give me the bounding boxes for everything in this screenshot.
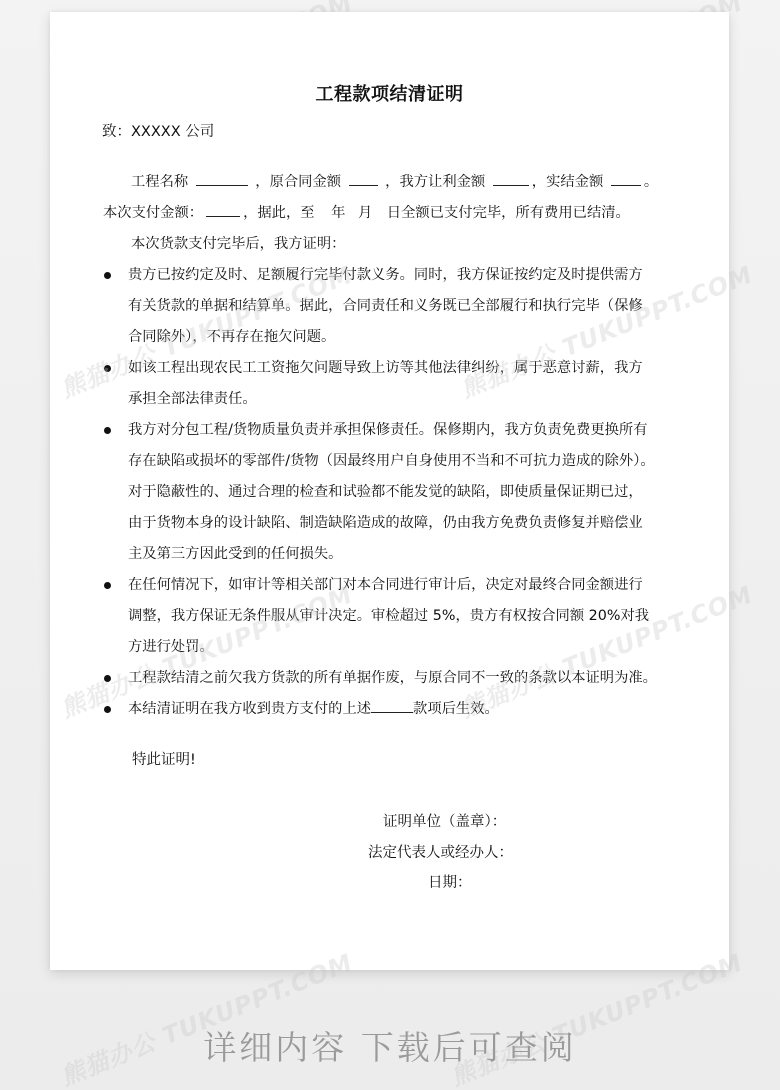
bullet-icon: [104, 272, 111, 279]
bullet-icon: [104, 706, 111, 713]
list-item: 在任何情况下，如审计等相关部门对本合同进行审计后，决定对最终合同金额进行 调整，…: [103, 570, 678, 663]
blank-field: [196, 171, 248, 186]
blank-field: [611, 171, 641, 186]
document-title: 工程款项结清证明: [50, 80, 729, 106]
list-item: 贵方已按约定及时、足额履行完毕付款义务。同时，我方保证按约定及时提供需方 有关货…: [103, 260, 678, 353]
addressee: 致：XXXXX 公司: [102, 120, 214, 141]
list-item: 工程款结清之前欠我方货款的所有单据作废，与原合同不一致的条款以本证明为准。: [103, 663, 678, 694]
signature-representative: 法定代表人或经办人：: [368, 841, 513, 862]
bullet-icon: [104, 582, 111, 589]
bullet-icon: [104, 675, 111, 682]
list-item: 如该工程出现农民工工资拖欠问题导致上访等其他法律纠纷，属于恶意讨薪，我方 承担全…: [103, 353, 678, 415]
signature-date: 日期：: [428, 871, 472, 892]
bullet-icon: [104, 427, 111, 434]
download-hint: 详细内容 下载后可查阅: [0, 1022, 780, 1069]
blank-field: [206, 202, 240, 217]
paragraph-payment: 本次支付金额：，据此，至 年 月 日全额已支付完毕，所有费用已结清。: [103, 198, 678, 229]
paragraph-intro: 本次货款支付完毕后，我方证明：: [103, 229, 678, 260]
paragraph-project-info: 工程名称 ，原合同金额 ，我方让利金额 ，实结金额 。: [103, 167, 678, 198]
list-item: 本结清证明在我方收到贵方支付的上述款项后生效。: [103, 694, 678, 725]
blank-field: [371, 698, 413, 713]
closing-statement: 特此证明!: [132, 748, 196, 769]
blank-field: [349, 171, 378, 186]
bullet-list: 贵方已按约定及时、足额履行完毕付款义务。同时，我方保证按约定及时提供需方 有关货…: [103, 260, 678, 725]
document-body: 工程名称 ，原合同金额 ，我方让利金额 ，实结金额 。 本次支付金额：，据此，至…: [103, 167, 678, 725]
list-item: 我方对分包工程/货物质量负责并承担保修责任。保修期内，我方负责免费更换所有 存在…: [103, 415, 678, 570]
document-page: 工程款项结清证明 致：XXXXX 公司 工程名称 ，原合同金额 ，我方让利金额 …: [50, 12, 729, 970]
signature-unit: 证明单位（盖章）：: [383, 810, 506, 831]
blank-field: [493, 171, 529, 186]
bullet-icon: [104, 365, 111, 372]
